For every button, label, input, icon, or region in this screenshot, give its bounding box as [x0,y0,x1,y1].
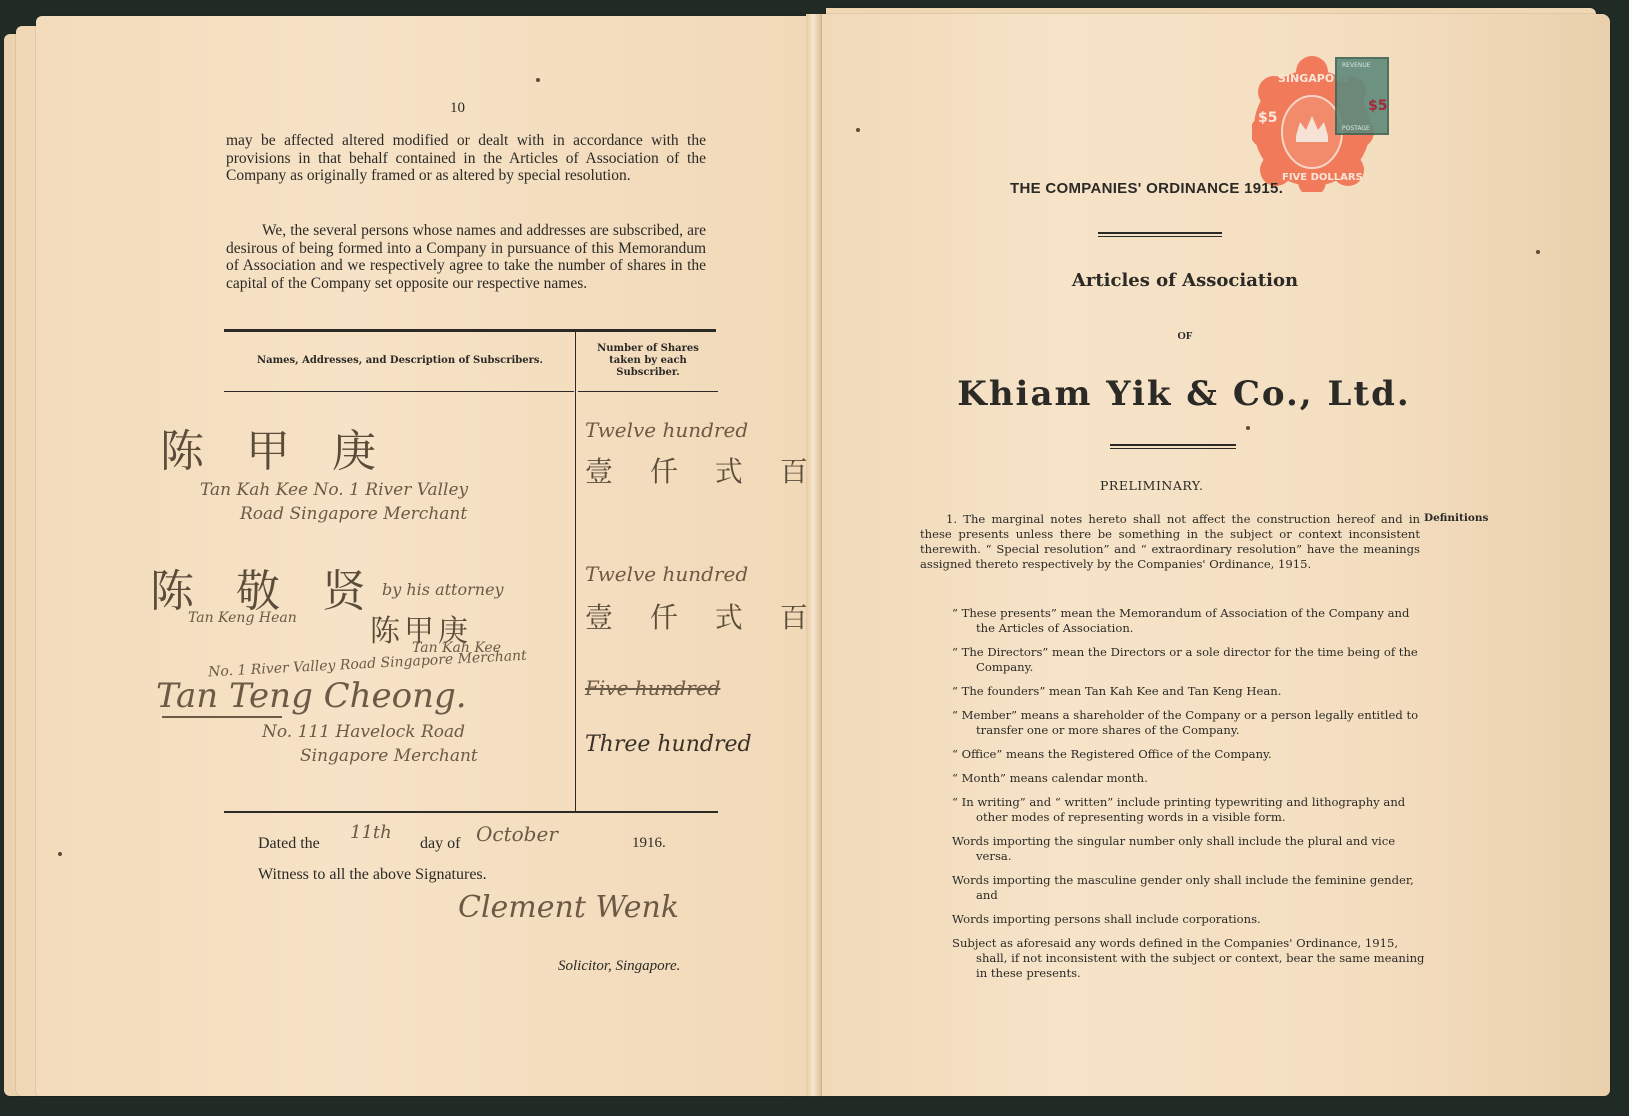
paper-speck [856,128,860,132]
paper-speck [1536,250,1540,254]
svg-text:FIVE DOLLARS: FIVE DOLLARS [1282,172,1363,183]
company-name: Khiam Yik & Co., Ltd. [944,374,1424,414]
table-bottom-rule [224,811,718,813]
witness-label: Witness to all the above Signatures. [258,866,487,884]
column-header-shares: Number of Shares taken by each Subscribe… [590,343,706,379]
clause-1: 1. The marginal notes hereto shall not a… [920,512,1420,572]
subscriber-address: Singapore Merchant [300,746,478,766]
subscriber-signature: Tan Teng Cheong. [156,676,467,716]
title-divider [1110,444,1236,449]
paper-speck [536,78,540,82]
memorandum-paragraph: may be affected altered modified or deal… [226,132,706,185]
subscriber-address: Road Singapore Merchant [240,504,467,524]
definition-item: “ Office” means the Registered Office of… [952,747,1432,762]
solicitor-label: Solicitor, Singapore. [558,958,680,975]
subscriber-address: Tan Kah Kee No. 1 River Valley [200,480,468,500]
shares-amount: Three hundred [585,732,752,757]
shares-amount: Twelve hundred [585,418,748,442]
margin-note: Definitions [1424,512,1488,524]
column-header-names: Names, Addresses, and Description of Sub… [230,355,570,367]
dated-day: 11th [350,822,392,843]
definition-item: “ These presents” mean the Memorandum of… [952,606,1432,636]
day-of-label: day of [420,835,460,853]
witness-signature: Clement Wenk [458,890,679,925]
svg-text:$5: $5 [1368,98,1387,114]
definition-item: “ In writing” and “ written” include pri… [952,795,1432,825]
definition-item: Words importing the singular number only… [952,834,1432,864]
attorney-note: by his attorney [382,580,504,599]
subscribers-paragraph: We, the several persons whose names and … [226,222,706,292]
paper-speck [58,852,62,856]
of-label: OF [1140,330,1230,342]
svg-text:POSTAGE: POSTAGE [1342,125,1370,132]
definitions-list: “ These presents” mean the Memorandum of… [952,606,1432,981]
table-column-divider [575,331,576,811]
definition-item: Words importing the masculine gender onl… [952,873,1432,903]
definition-item: Words importing persons shall include co… [952,912,1432,927]
dated-label: Dated the [258,835,320,853]
subscriber-address: No. 111 Havelock Road [262,722,465,742]
svg-text:$5: $5 [1258,110,1277,126]
definition-item: “ The founders” mean Tan Kah Kee and Tan… [952,684,1432,699]
header-rule [578,391,718,392]
definition-item: Subject as aforesaid any words defined i… [952,936,1432,981]
svg-text:REVENUE: REVENUE [1342,62,1371,69]
ordinance-title: THE COMPANIES' ORDINANCE 1915. [1010,180,1283,197]
header-rule [224,391,574,392]
section-heading: PRELIMINARY. [1100,478,1204,493]
definition-item: “ Month” means calendar month. [952,771,1432,786]
table-top-rule [224,329,716,332]
title-divider [1098,232,1222,237]
dated-year: 1916. [632,835,666,852]
shares-amount: Twelve hundred [585,562,748,586]
subscriber-name: Tan Keng Hean [188,610,297,626]
shares-amount-struck: Five hundred [585,676,720,700]
articles-title: Articles of Association [1040,270,1330,291]
subscriber-signature-cjk: 陈 甲 庚 [160,415,390,479]
paper-speck [1246,426,1250,430]
dated-month: October [476,822,558,846]
page-number: 10 [450,100,465,117]
definition-item: “ Member” means a shareholder of the Com… [952,708,1432,738]
definition-item: “ The Directors” mean the Directors or a… [952,645,1432,675]
signature-underline [162,716,282,718]
revenue-stamp-icon: $5 SINGAPORE REVENUE $5 POSTAGE FIVE DOL… [1252,52,1392,192]
